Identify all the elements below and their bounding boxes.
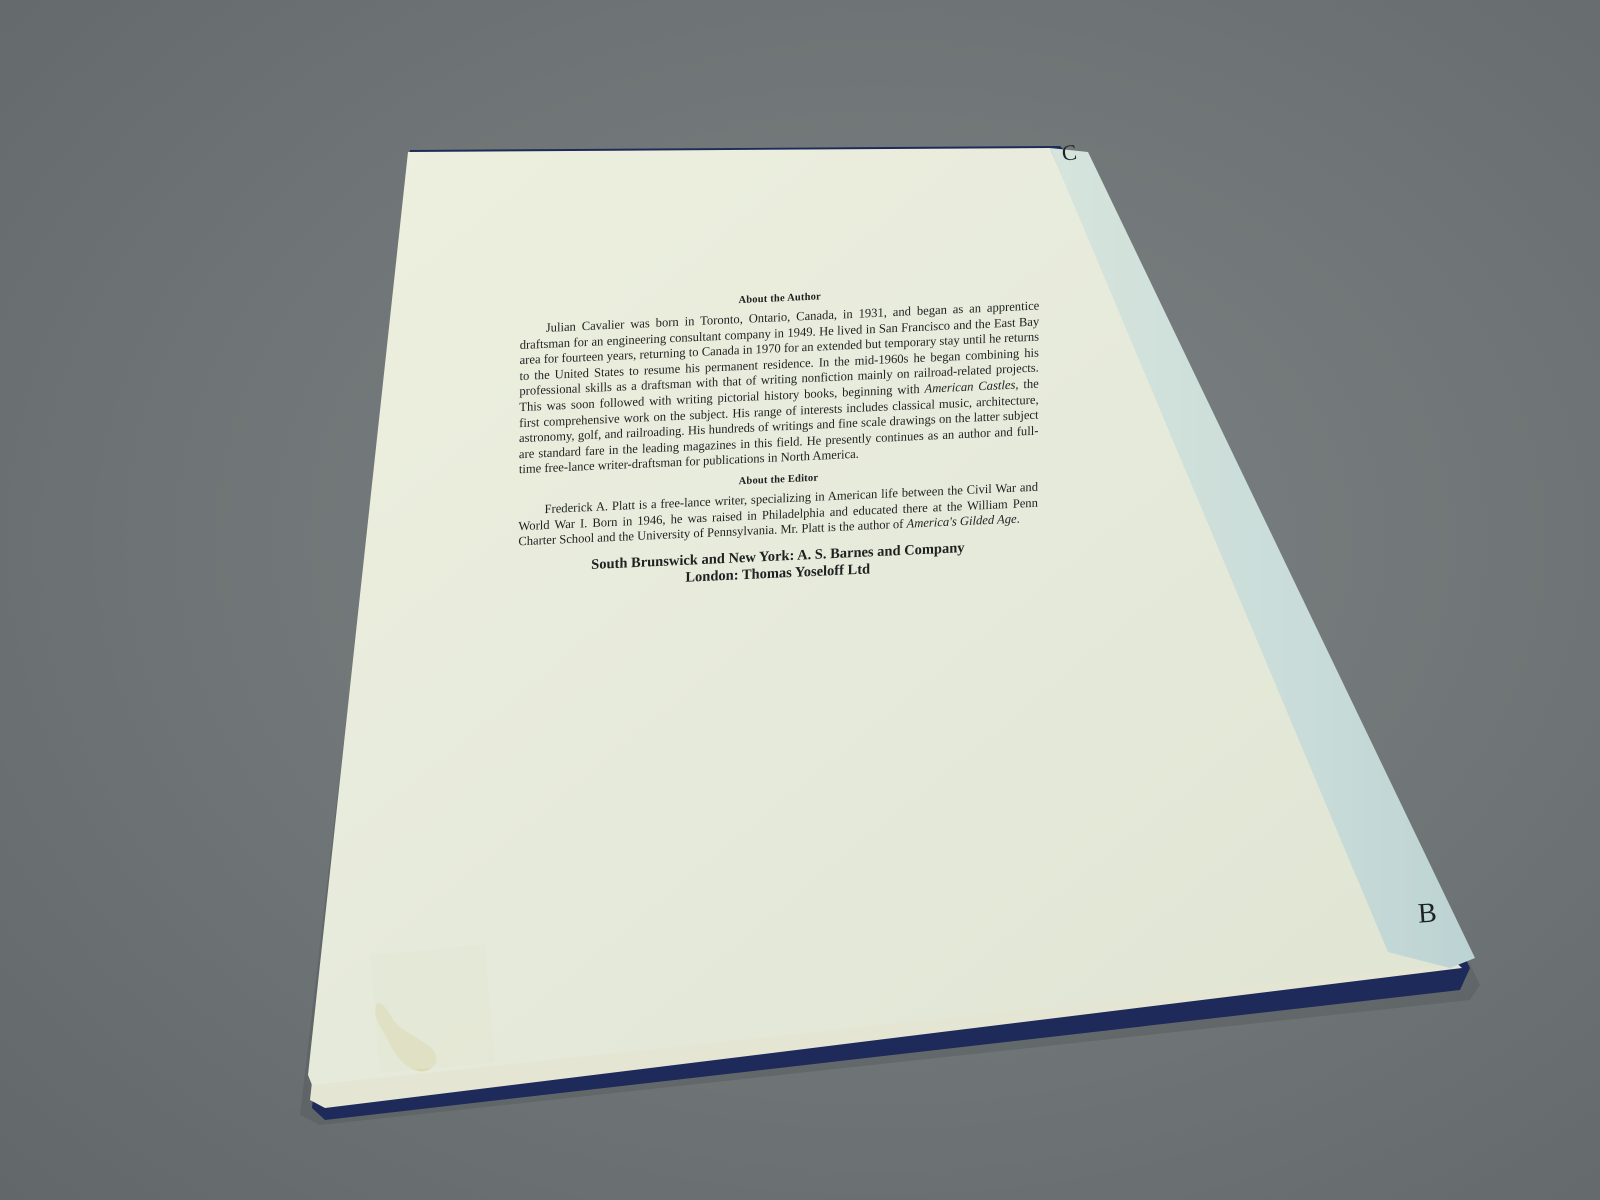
spine-letter-bottom: B xyxy=(1417,897,1438,930)
book-jacket-illustration xyxy=(0,0,1600,1200)
back-cover-text: About the Author Julian Cavalier was bor… xyxy=(518,281,1039,594)
label-residue xyxy=(370,945,495,1073)
editor-bio-part-2: . xyxy=(1017,512,1020,526)
photo-scene: About the Author Julian Cavalier was bor… xyxy=(0,0,1600,1200)
author-bio: Julian Cavalier was born in Toronto, Ont… xyxy=(519,298,1040,478)
